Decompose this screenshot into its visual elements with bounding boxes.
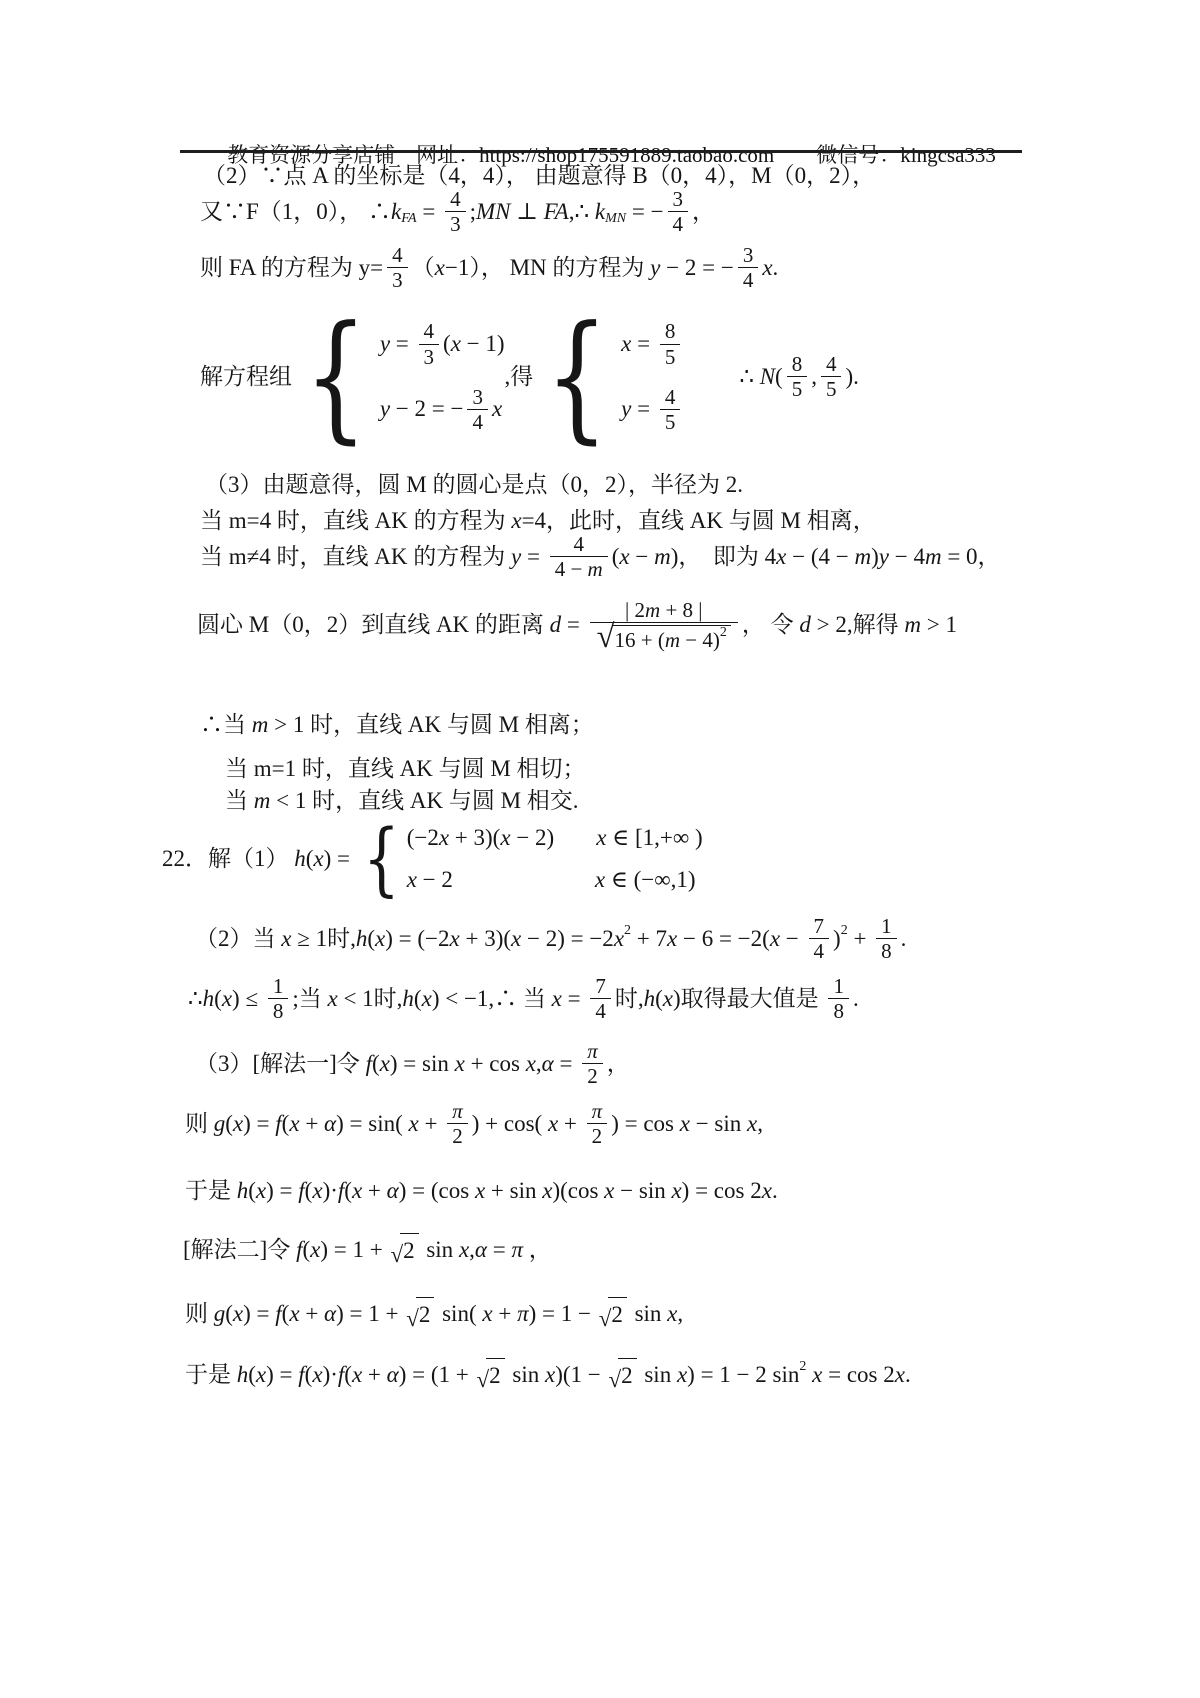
q22-part3-method1-h: 于是 h(x) = f(x)·f(x + α) = (cos x + sin x… — [185, 1176, 778, 1206]
math-variable: y — [650, 253, 660, 283]
text: 7 — [595, 974, 606, 998]
fraction-denominator: 4 — [467, 409, 488, 434]
math-variable: k — [391, 197, 401, 227]
text: −1）， MN 的方程为 — [445, 253, 650, 283]
math-variable: x — [671, 1176, 681, 1206]
text: ( — [248, 1360, 256, 1390]
math-variable: m — [904, 610, 921, 640]
cases-row: x = 85 — [621, 319, 684, 368]
text: 4 — [573, 532, 584, 556]
fraction-denominator: 4 — [590, 998, 611, 1023]
text: − 2) = −2 — [521, 924, 614, 954]
text: （2）当 — [195, 924, 281, 954]
text: (−2 — [407, 823, 439, 853]
text: sin — [639, 1360, 677, 1390]
q22-part2-max: ∴h(x) ≤ 18;当 x < 1时,h(x) < −1,∴ 当 x = 74… — [188, 974, 859, 1023]
math-variable: x — [310, 1235, 320, 1265]
math-variable: h — [237, 1176, 249, 1206]
text: = cos 2 — [822, 1360, 894, 1390]
text: 8 — [792, 352, 803, 376]
text: ) + cos( — [472, 1109, 548, 1139]
math-variable: m — [645, 598, 660, 622]
cases-brace: { — [546, 318, 609, 435]
math-fraction: 74 — [590, 974, 611, 1023]
text: − 1) — [461, 329, 505, 359]
math-variable: x — [289, 1109, 299, 1139]
text: 4 — [472, 410, 483, 434]
text: = — [390, 329, 414, 359]
math-fraction: 74 — [809, 914, 830, 963]
math-variable: x — [542, 1176, 552, 1206]
text: = — [631, 329, 655, 359]
math-fraction: π2 — [587, 1099, 608, 1148]
cases-row: y = 45 — [621, 385, 684, 434]
text: = 0， — [942, 542, 1001, 572]
text: ⊥ — [510, 197, 543, 227]
text: . — [772, 1176, 778, 1206]
part3-conclusion-1: ∴当 m > 1 时，直线 AK 与圆 M 相离； — [200, 710, 594, 740]
math-variable: x — [233, 1299, 243, 1329]
math-variable: x — [256, 1176, 266, 1206]
fraction-denominator: 3 — [387, 267, 408, 292]
fraction-denominator: 2 — [587, 1123, 608, 1148]
math-variable: MN — [476, 197, 511, 227]
text: − 2 = − — [390, 394, 463, 424]
text: + — [362, 1176, 386, 1206]
math-variable: α — [475, 1235, 487, 1265]
math-variable: y — [380, 329, 390, 359]
text: + — [419, 1109, 443, 1139]
text: ) ≤ — [232, 984, 264, 1014]
text: > 1 时，直线 AK 与圆 M 相离； — [268, 710, 593, 740]
text: 2 — [452, 1124, 463, 1148]
superscript: 2 — [720, 625, 727, 641]
text: . — [901, 924, 907, 954]
fraction-numerator: 4 — [419, 319, 440, 343]
math-sqrt: √2 — [608, 1358, 636, 1391]
fraction-denominator: 5 — [787, 376, 808, 401]
math-variable: x — [256, 1360, 266, 1390]
text: 5 — [665, 345, 676, 369]
fraction-denominator: √16 + (m − 4)2 — [590, 622, 738, 652]
math-variable: π — [517, 1299, 529, 1329]
math-variable: x — [380, 1049, 390, 1079]
text: ( — [367, 924, 375, 954]
text: ) = sin( — [336, 1109, 408, 1139]
math-cases: {x = 85y = 45 — [533, 318, 684, 435]
fraction-numerator: 4 — [387, 243, 408, 267]
text: + — [362, 1360, 386, 1390]
text: + 3)( — [460, 924, 511, 954]
text: 解方程组 — [200, 362, 292, 392]
fraction-denominator: 4 — [668, 211, 689, 236]
text: ( — [344, 1176, 352, 1206]
text: 8 — [273, 999, 284, 1023]
part3-distance: 圆心 M（0，2）到直线 AK 的距离 d = | 2m + 8 |√16 + … — [197, 598, 957, 652]
text: )， 即为 4 — [671, 542, 776, 572]
math-variable: x — [667, 1299, 677, 1329]
cases-row: x − 2x ∈ (−∞,1) — [407, 865, 703, 895]
radicand: 2 — [618, 1358, 637, 1391]
text: 则 FA 的方程为 y= — [200, 253, 383, 283]
part2-slopes: 又∵F（1，0）， ∴kFA = 43;MN ⊥ FA,∴ kMN = −34， — [200, 187, 715, 236]
math-variable: x — [312, 1360, 322, 1390]
math-variable: x — [619, 542, 629, 572]
math-variable: N — [760, 362, 775, 392]
fraction-numerator: 3 — [738, 243, 759, 267]
math-variable: α — [542, 1049, 554, 1079]
fraction-denominator: 8 — [876, 938, 897, 963]
text: 4 — [450, 187, 461, 211]
text: ) = — [266, 1360, 298, 1390]
math-variable: k — [595, 197, 605, 227]
text: ) = — [243, 1109, 275, 1139]
text: sin — [421, 1235, 459, 1265]
math-variable: m — [654, 542, 671, 572]
radicand: 2 — [608, 1297, 627, 1330]
text: ( — [248, 1176, 256, 1206]
text: − — [780, 924, 804, 954]
part2-equations: 则 FA 的方程为 y=43（x−1）， MN 的方程为 y − 2 = −34… — [200, 243, 778, 292]
text: + 3)( — [449, 823, 500, 853]
part2-solve-system: 解方程组{y = 43(x − 1)y − 2 = −34x,得{x = 85y… — [200, 318, 859, 435]
math-variable: x — [313, 844, 323, 874]
text: 5 — [792, 377, 803, 401]
text: 时, — [615, 984, 644, 1014]
text: 当 — [225, 786, 254, 816]
math-variable: m — [254, 786, 271, 816]
math-variable: x — [548, 1109, 558, 1139]
text: − sin — [690, 1109, 747, 1139]
text: )(cos — [552, 1176, 604, 1206]
text: < 1时, — [338, 984, 403, 1014]
text: 2 — [403, 1236, 415, 1266]
math-variable: x — [812, 1360, 822, 1390]
math-variable: h — [203, 984, 215, 1014]
text: = — [554, 1049, 578, 1079]
text: = — [562, 984, 586, 1014]
text: ≥ 1时, — [291, 924, 355, 954]
text: ) = — [243, 1299, 275, 1329]
fraction-denominator: 4 − m — [550, 556, 608, 581]
text: + — [300, 1109, 324, 1139]
math-sqrt: √16 + (m − 4)2 — [597, 623, 731, 652]
math-variable: α — [324, 1109, 336, 1139]
math-variable: x — [222, 984, 232, 1014]
text: − 2 — [417, 865, 453, 895]
fraction-numerator: 3 — [467, 385, 488, 409]
fraction-denominator: 2 — [582, 1063, 603, 1088]
text: − 2 = − — [660, 253, 733, 283]
text: − 6 = −2( — [677, 924, 770, 954]
text: sin — [507, 1360, 545, 1390]
math-variable: x — [770, 924, 780, 954]
text: 2 — [592, 1124, 603, 1148]
math-variable: x — [762, 1176, 772, 1206]
math-variable: x — [327, 984, 337, 1014]
text: 1 — [833, 974, 844, 998]
text: 4 — [673, 212, 684, 236]
math-variable: x — [375, 924, 385, 954]
part3-conclusion-3: 当 m < 1 时，直线 AK 与圆 M 相交. — [225, 786, 579, 816]
fraction-numerator: 4 — [660, 385, 681, 409]
text: 当 m=1 时，直线 AK 与圆 M 相切； — [225, 754, 586, 784]
text: ) = 1 − 2 sin — [687, 1360, 799, 1390]
text: − (4 − — [786, 542, 854, 572]
math-variable: h — [356, 924, 368, 954]
text: ) = cos — [611, 1109, 680, 1139]
text: 又∵F（1，0）， ∴ — [200, 197, 391, 227]
math-variable: y — [879, 542, 889, 572]
text: 2 — [419, 1300, 431, 1330]
subscript: MN — [605, 210, 626, 228]
math-variable: x — [233, 1109, 243, 1139]
math-cases: {y = 43(x − 1)y − 2 = −34x — [292, 318, 505, 435]
text: 16 + ( — [615, 628, 665, 652]
math-fraction: 85 — [787, 352, 808, 401]
math-variable: d — [799, 610, 811, 640]
math-variable: d — [550, 610, 562, 640]
radicand: 2 — [416, 1297, 435, 1330]
math-variable: x — [455, 1049, 465, 1079]
text: 于是 — [185, 1360, 237, 1390]
math-variable: m — [588, 557, 603, 581]
text: , — [811, 362, 817, 392]
text: ∴ — [739, 362, 759, 392]
math-variable: x — [281, 924, 291, 954]
text: 4 — [595, 999, 606, 1023]
text: 2 — [621, 1361, 633, 1391]
text: > 2,解得 — [811, 610, 904, 640]
math-fraction: 44 − m — [550, 532, 608, 581]
math-sqrt: √2 — [406, 1297, 434, 1330]
document-page: 教育资源分享店铺 网址：https://shop175591889.taobao… — [0, 0, 1200, 1698]
fraction-numerator: 1 — [828, 974, 849, 998]
text: 于是 — [185, 1176, 237, 1206]
math-variable: x — [621, 329, 631, 359]
solution-content: （2）∵点 A 的坐标是（4，4）， 由题意得 B（0，4），M（0，2），又∵… — [0, 0, 1200, 1698]
math-sqrt: √2 — [390, 1233, 418, 1266]
text: ) — [833, 924, 841, 954]
math-variable: x — [776, 542, 786, 572]
text: ) = 1 − — [529, 1299, 597, 1329]
cases-row: (−2x + 3)(x − 2)x ∈ [1,+∞ ) — [407, 823, 703, 853]
math-fraction: 18 — [268, 974, 289, 1023]
fraction-numerator: 4 — [568, 532, 589, 556]
text: 8 — [665, 319, 676, 343]
q22-part3-method2-h: 于是 h(x) = f(x)·f(x + α) = (1 + √2 sin x)… — [185, 1358, 911, 1391]
text: 2 — [611, 1300, 623, 1330]
text: ( — [225, 1299, 233, 1329]
fraction-denominator: 5 — [821, 376, 842, 401]
subscript: FA — [401, 210, 416, 228]
q22-part1: 22．解（1） h(x) = {(−2x + 3)(x − 2)x ∈ [1,+… — [162, 823, 703, 895]
superscript: 2 — [624, 922, 631, 940]
text: ∴当 — [200, 710, 252, 740]
math-sqrt: √2 — [477, 1358, 505, 1391]
text: . — [905, 1360, 911, 1390]
text: ， — [523, 1235, 552, 1265]
superscript: 2 — [841, 922, 848, 940]
radicand: 2 — [400, 1233, 419, 1266]
text: ) = cos 2 — [682, 1176, 762, 1206]
text: 则 — [185, 1299, 214, 1329]
math-variable: y — [621, 394, 631, 424]
text: + sin — [485, 1176, 542, 1206]
q22-part2-expand: （2）当 x ≥ 1时,h(x) = (−2x + 3)(x − 2) = −2… — [195, 914, 906, 963]
math-variable: π — [587, 1039, 598, 1063]
math-variable: x — [475, 1176, 485, 1206]
fraction-numerator: 3 — [668, 187, 689, 211]
q22-part3-method1-setup: （3）[解法一]令 f(x) = sin x + cos x,α = π2， — [195, 1039, 630, 1088]
text: sin — [629, 1299, 667, 1329]
text: 22．解（1） — [162, 844, 294, 874]
text: 3 — [450, 212, 461, 236]
math-variable: x — [439, 823, 449, 853]
cases-brace: { — [363, 825, 400, 893]
text: 8 — [881, 939, 892, 963]
text: + cos — [465, 1049, 526, 1079]
math-fraction: π2 — [447, 1099, 468, 1148]
math-fraction: 34 — [668, 187, 689, 236]
math-fraction: 45 — [821, 352, 842, 401]
math-fraction: 45 — [660, 385, 681, 434]
text: 圆心 M（0，2）到直线 AK 的距离 — [197, 610, 550, 640]
text: ( — [414, 984, 422, 1014]
math-fraction: 34 — [467, 385, 488, 434]
math-variable: x — [451, 329, 461, 359]
math-sqrt: √2 — [599, 1297, 627, 1330]
math-variable: m — [854, 542, 871, 572]
math-variable: x — [762, 253, 772, 283]
text: 8 — [833, 999, 844, 1023]
text: （ — [412, 253, 435, 283]
text: )取得最大值是 — [673, 984, 824, 1014]
q22-part3-method1-g: 则 g(x) = f(x + α) = sin( x + π2) + cos( … — [185, 1099, 763, 1148]
text: （3）由题意得，圆 M 的圆心是点（0，2），半径为 2. — [205, 470, 743, 500]
text: 3 — [472, 385, 483, 409]
text: = — [521, 542, 545, 572]
math-variable: x — [407, 865, 417, 895]
math-fraction: 43 — [387, 243, 408, 292]
fraction-numerator: 1 — [876, 914, 897, 938]
text: ( — [302, 1235, 310, 1265]
text: = — [417, 197, 441, 227]
math-variable: x — [289, 1299, 299, 1329]
math-fraction: 18 — [876, 914, 897, 963]
fraction-denominator: 3 — [419, 344, 440, 369]
math-cases: {(−2x + 3)(x − 2)x ∈ [1,+∞ )x − 2x ∈ (−∞… — [356, 823, 703, 895]
text: + — [558, 1109, 582, 1139]
text: 4 — [392, 243, 403, 267]
text: − — [630, 542, 654, 572]
math-variable: π — [592, 1099, 603, 1123]
math-variable: x — [526, 1049, 536, 1079]
text: 4 − — [555, 557, 588, 581]
math-variable: x — [409, 1109, 419, 1139]
fraction-denominator: 5 — [660, 409, 681, 434]
fraction-numerator: π — [447, 1099, 468, 1123]
text: ( — [214, 984, 222, 1014]
text: ) = — [324, 844, 356, 874]
cases-brace: { — [304, 318, 367, 435]
math-variable: x — [747, 1109, 757, 1139]
math-variable: π — [511, 1235, 523, 1265]
math-variable: x — [595, 865, 605, 895]
math-variable: x — [482, 1299, 492, 1329]
fraction-denominator: 4 — [809, 938, 830, 963]
text: 1 — [881, 914, 892, 938]
text: ) < −1,∴ 当 — [432, 984, 552, 1014]
math-variable: x — [677, 1360, 687, 1390]
math-variable: x — [511, 924, 521, 954]
math-variable: π — [452, 1099, 463, 1123]
text: + — [493, 1299, 517, 1329]
fraction-denominator: 8 — [268, 998, 289, 1023]
text: − 4 — [889, 542, 925, 572]
text: 4 — [814, 939, 825, 963]
fraction-denominator: 8 — [828, 998, 849, 1023]
text: = − — [626, 197, 663, 227]
text: ). — [845, 362, 858, 392]
text: + — [848, 924, 872, 954]
text: ( — [372, 1049, 380, 1079]
text: ∴ — [188, 984, 203, 1014]
fraction-numerator: | 2m + 8 | — [620, 598, 707, 622]
math-variable: x — [352, 1176, 362, 1206]
math-variable: α — [324, 1299, 336, 1329]
math-variable: m — [925, 542, 942, 572]
math-variable: x — [500, 823, 510, 853]
text: [解法二]令 — [183, 1235, 296, 1265]
math-variable: x — [552, 984, 562, 1014]
text: ) = (−2 — [385, 924, 449, 954]
text: 5 — [826, 377, 837, 401]
math-variable: x — [667, 924, 677, 954]
math-variable: x — [492, 394, 502, 424]
math-variable: α — [387, 1176, 399, 1206]
text: 当 m≠4 时，直线 AK 的方程为 — [200, 542, 511, 572]
q22-part3-method2-setup: [解法二]令 f(x) = 1 + √2 sin x,α = π ， — [183, 1233, 552, 1266]
text: ∈ [1,+∞ ) — [606, 823, 702, 853]
text: − 4) — [680, 628, 720, 652]
text: 4 — [826, 352, 837, 376]
cases-rows: y = 43(x − 1)y − 2 = −34x — [380, 319, 505, 434]
math-variable: x — [680, 1109, 690, 1139]
text: ∈ (−∞,1) — [605, 865, 695, 895]
text: ， 令 — [742, 610, 800, 640]
math-variable: x — [545, 1360, 555, 1390]
math-variable: x — [435, 253, 445, 283]
text: . — [853, 984, 859, 1014]
fraction-numerator: 7 — [809, 914, 830, 938]
text: ， — [692, 197, 715, 227]
text: （3）[解法一]令 — [195, 1049, 366, 1079]
fraction-denominator: 5 — [660, 344, 681, 369]
math-variable: m — [665, 628, 680, 652]
text: − sin — [614, 1176, 671, 1206]
math-variable: y — [380, 394, 390, 424]
cases-rows: x = 85y = 45 — [621, 319, 684, 434]
text: 4 — [424, 319, 435, 343]
text: ) = (cos — [399, 1176, 475, 1206]
math-variable: x — [459, 1235, 469, 1265]
text: ) = 1 + — [320, 1235, 388, 1265]
math-fraction: 43 — [419, 319, 440, 368]
part3-intro: （3）由题意得，圆 M 的圆心是点（0，2），半径为 2. — [205, 470, 743, 500]
fraction-numerator: 8 — [787, 352, 808, 376]
text: = — [631, 394, 655, 424]
